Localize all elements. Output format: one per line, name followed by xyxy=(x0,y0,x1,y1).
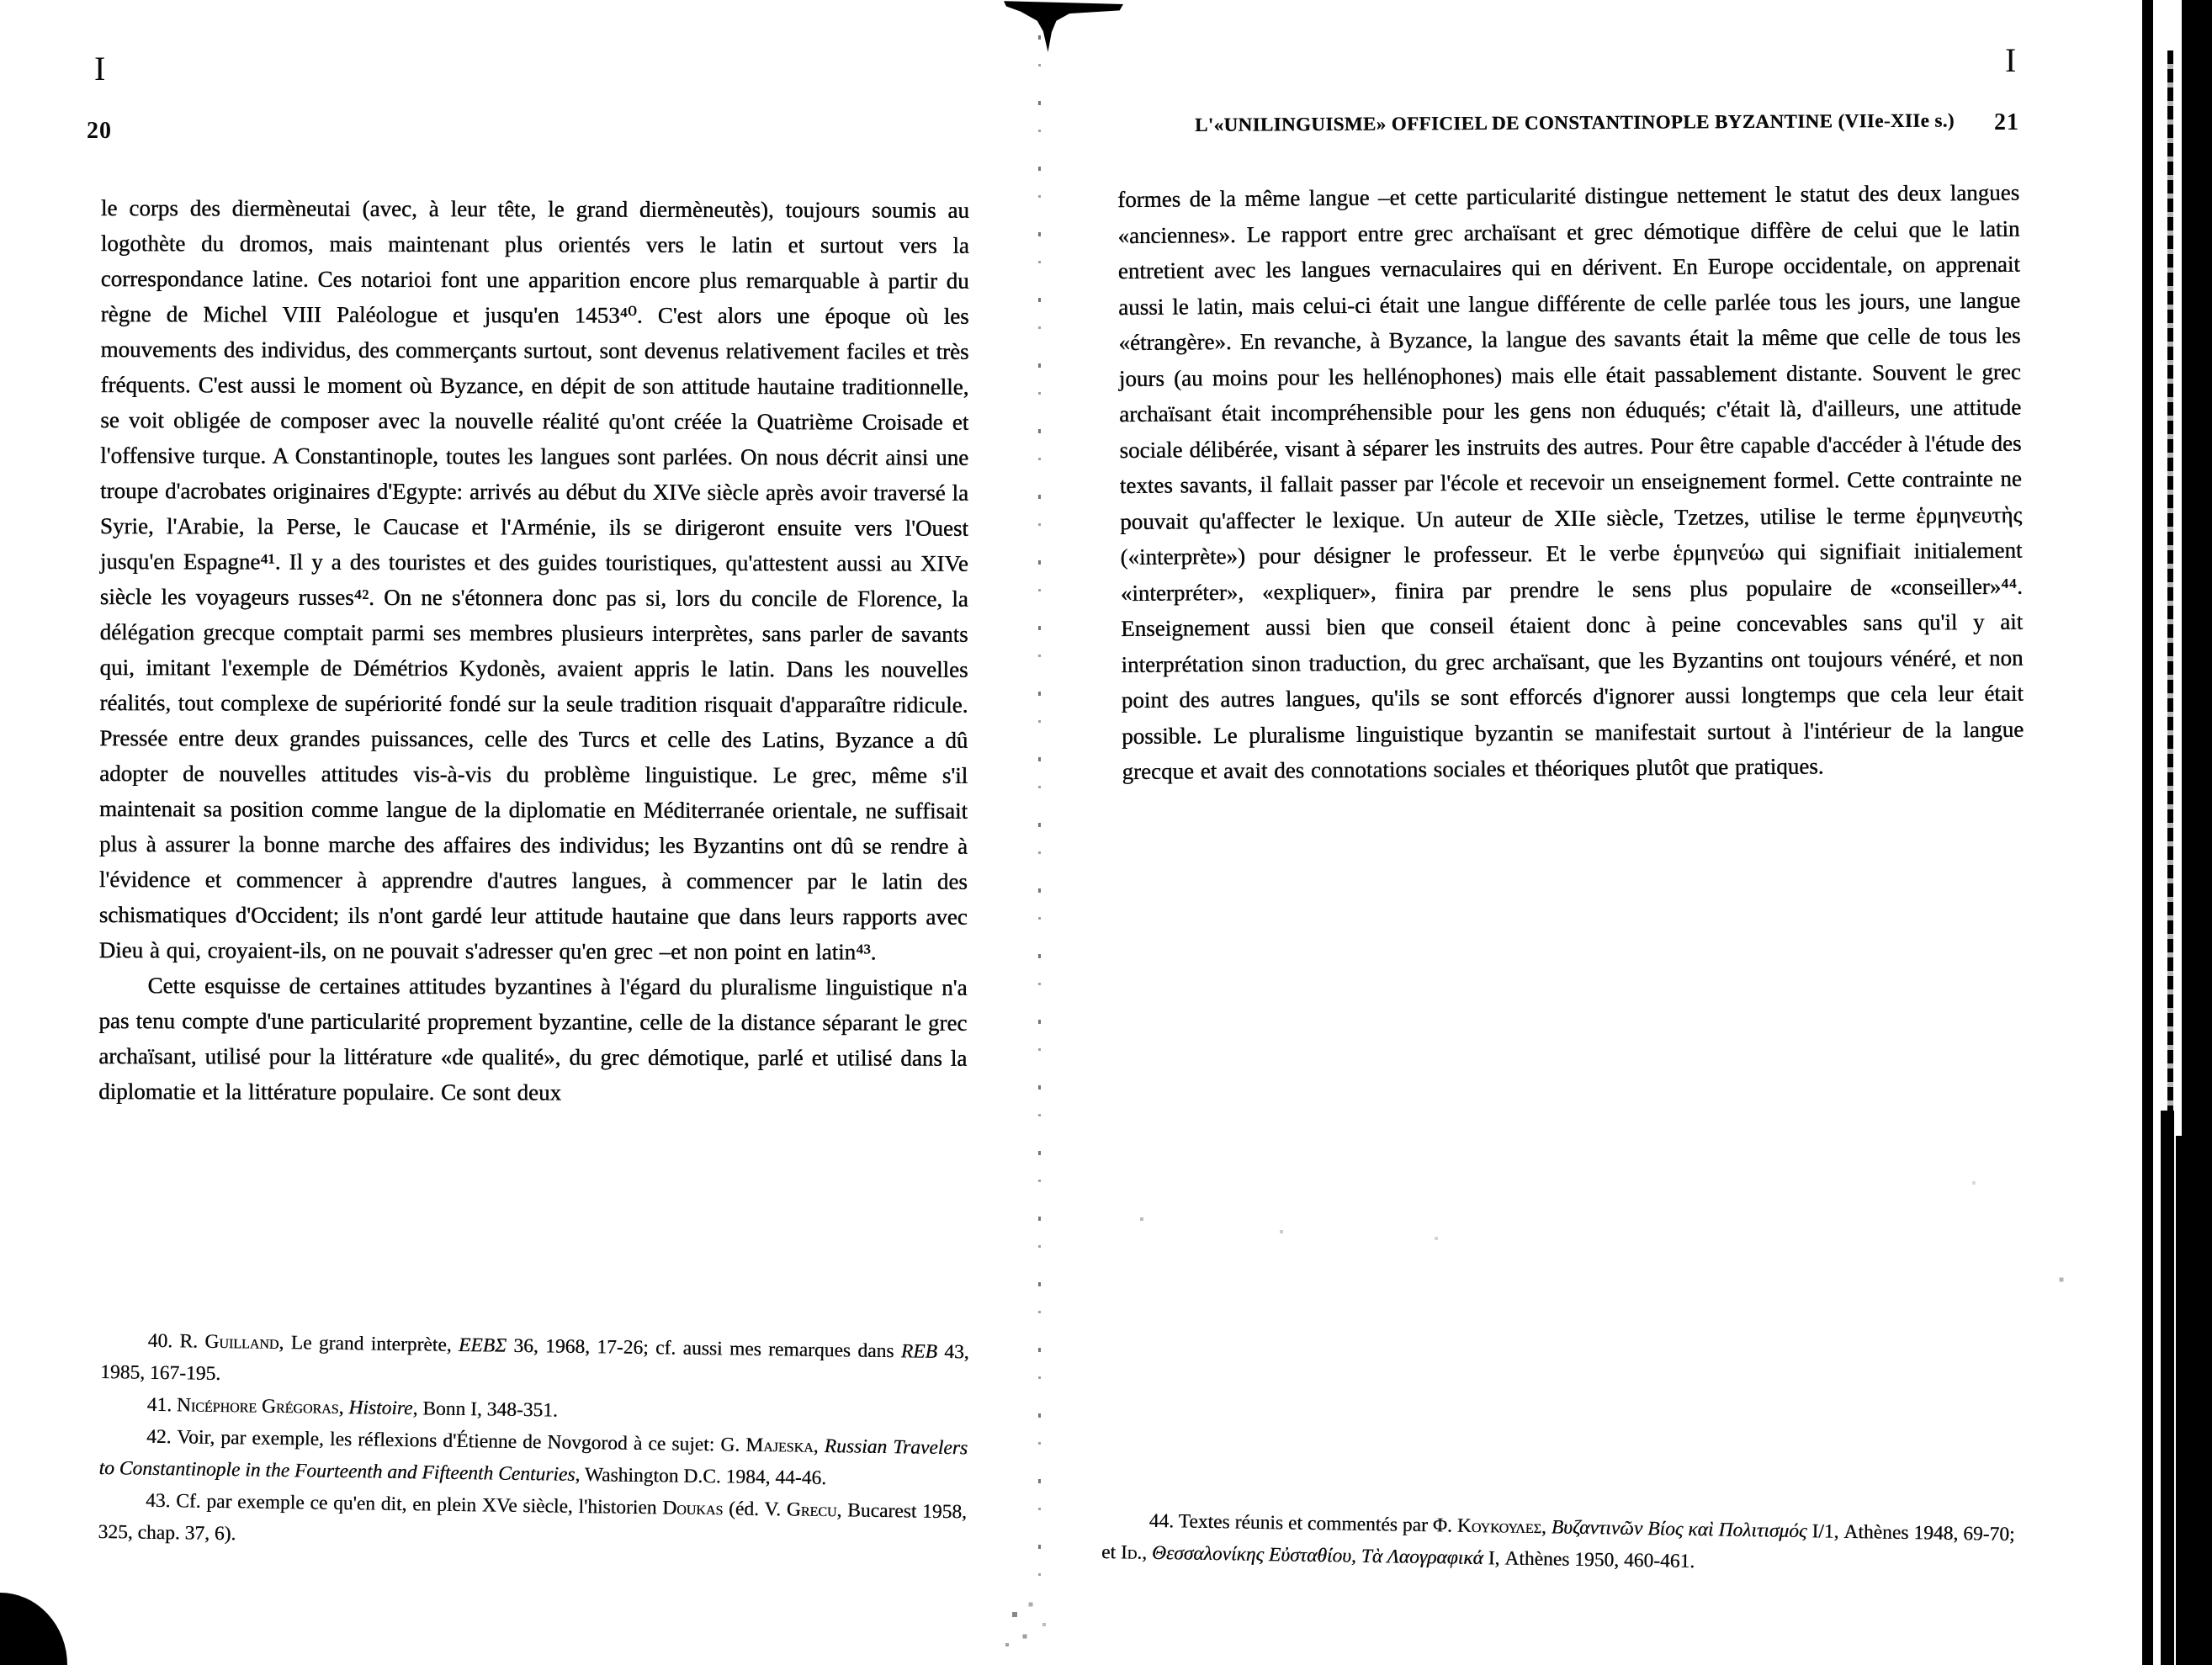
book-scan: I 20 le corps des diermèneutai (avec, à … xyxy=(0,0,2212,1665)
paragraph: formes de la même langue –et cette parti… xyxy=(1117,175,2024,790)
section-numeral-right: I xyxy=(2005,44,2016,77)
running-header: L'«UNILINGUISME» OFFICIEL DE CONSTANTINO… xyxy=(1195,109,1955,136)
spine-shadow-artifact xyxy=(1004,0,1123,52)
paragraph: le corps des diermèneutai (avec, à leur … xyxy=(99,190,969,970)
page-left-footnotes: 40. R. Guilland, Le grand interprète, ΕΕ… xyxy=(98,1324,969,1560)
page-number-right: 21 xyxy=(1994,109,2019,136)
footnote-40: 40. R. Guilland, Le grand interprète, ΕΕ… xyxy=(100,1324,969,1400)
gutter-fold-line xyxy=(1038,35,1041,1609)
scan-edge-bar xyxy=(2167,50,2173,1119)
scan-edge-bar xyxy=(2161,1111,2174,1665)
scan-edge-bar xyxy=(2142,0,2153,1665)
page-right-footnotes: 44. Textes réunis et commentés par Φ. Κο… xyxy=(1101,1504,2015,1583)
footnote-42: 42. Voir, par exemple, les réflexions d'… xyxy=(98,1420,968,1496)
footnote-44: 44. Textes réunis et commentés par Φ. Κο… xyxy=(1101,1504,2015,1583)
paragraph: Cette esquisse de certaines attitudes by… xyxy=(98,968,967,1111)
page-corner-artifact xyxy=(0,1593,67,1665)
scan-edge-bar xyxy=(2176,1136,2183,1665)
page-left-body: le corps des diermèneutai (avec, à leur … xyxy=(98,190,969,1111)
scan-speckle-noise xyxy=(0,0,2,2)
section-numeral-left: I xyxy=(94,52,105,86)
page-number-left: 20 xyxy=(87,118,112,145)
scan-edge-bar xyxy=(2182,0,2212,1665)
footnote-43: 43. Cf. par exemple ce qu'en dit, en ple… xyxy=(98,1484,967,1560)
page-right-body: formes de la même langue –et cette parti… xyxy=(1117,175,2024,790)
